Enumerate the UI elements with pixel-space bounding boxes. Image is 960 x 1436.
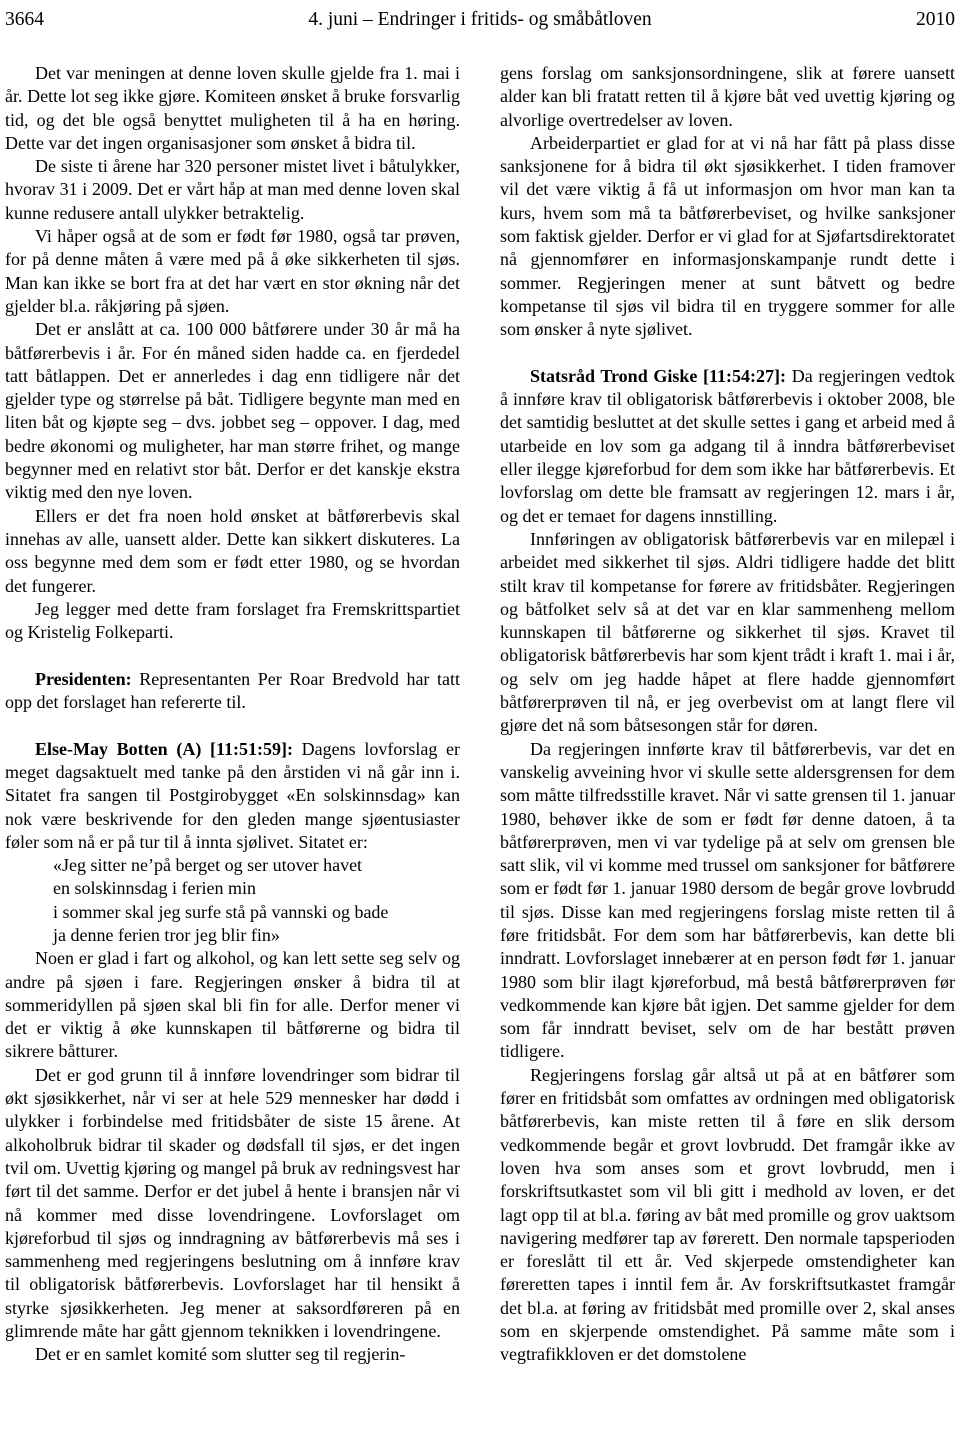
paragraph: Noen er glad i fart og alkohol, og kan l… <box>5 947 460 1063</box>
document-page: 3664 4. juni – Endringer i fritids- og s… <box>0 0 960 1367</box>
paragraph: Regjeringens forslag går altså ut på at … <box>500 1064 955 1367</box>
speaker-name: Else-May Botten (A) [11:51:59]: <box>35 739 293 759</box>
speaker-name: Statsråd Trond Giske [11:54:27]: <box>530 366 786 386</box>
speaker-name: Presidenten: <box>35 669 132 689</box>
text-column-right: gens forslag om sanksjonsordningene, sli… <box>500 62 955 1367</box>
running-title: 4. juni – Endringer i fritids- og småbåt… <box>75 8 885 32</box>
page-header: 3664 4. juni – Endringer i fritids- og s… <box>5 8 955 32</box>
two-column-body: Det var meningen at denne loven skulle g… <box>5 62 955 1367</box>
paragraph: Arbeiderpartiet er glad for at vi nå har… <box>500 132 955 342</box>
verse-quote: «Jeg sitter ne’på berget og ser utover h… <box>5 854 460 947</box>
year-label: 2010 <box>885 8 955 32</box>
paragraph: Da regjeringen innførte krav til båtføre… <box>500 738 955 1064</box>
speaker-paragraph: Else-May Botten (A) [11:51:59]: Dagens l… <box>5 738 460 854</box>
verse-line: «Jeg sitter ne’på berget og ser utover h… <box>53 854 460 877</box>
speaker-paragraph: Statsråd Trond Giske [11:54:27]: Da regj… <box>500 365 955 528</box>
verse-line: en solskinnsdag i ferien min <box>53 877 460 900</box>
paragraph: De siste ti årene har 320 personer miste… <box>5 155 460 225</box>
paragraph: Innføringen av obligatorisk båtførerbevi… <box>500 528 955 738</box>
page-number: 3664 <box>5 8 75 32</box>
verse-line: ja denne ferien tror jeg blir fin» <box>53 924 460 947</box>
text-column-left: Det var meningen at denne loven skulle g… <box>5 62 460 1367</box>
paragraph: gens forslag om sanksjonsordningene, sli… <box>500 62 955 132</box>
speaker-paragraph: Presidenten: Representanten Per Roar Bre… <box>5 668 460 715</box>
paragraph: Det var meningen at denne loven skulle g… <box>5 62 460 155</box>
paragraph: Det er anslått at ca. 100 000 båtførere … <box>5 318 460 504</box>
paragraph: Jeg legger med dette fram forslaget fra … <box>5 598 460 645</box>
paragraph: Vi håper også at de som er født før 1980… <box>5 225 460 318</box>
paragraph: Det er god grunn til å innføre lovendrin… <box>5 1064 460 1344</box>
paragraph: Det er en samlet komité som slutter seg … <box>5 1343 460 1366</box>
verse-line: i sommer skal jeg surfe stå på vannski o… <box>53 901 460 924</box>
paragraph: Ellers er det fra noen hold ønsket at bå… <box>5 505 460 598</box>
